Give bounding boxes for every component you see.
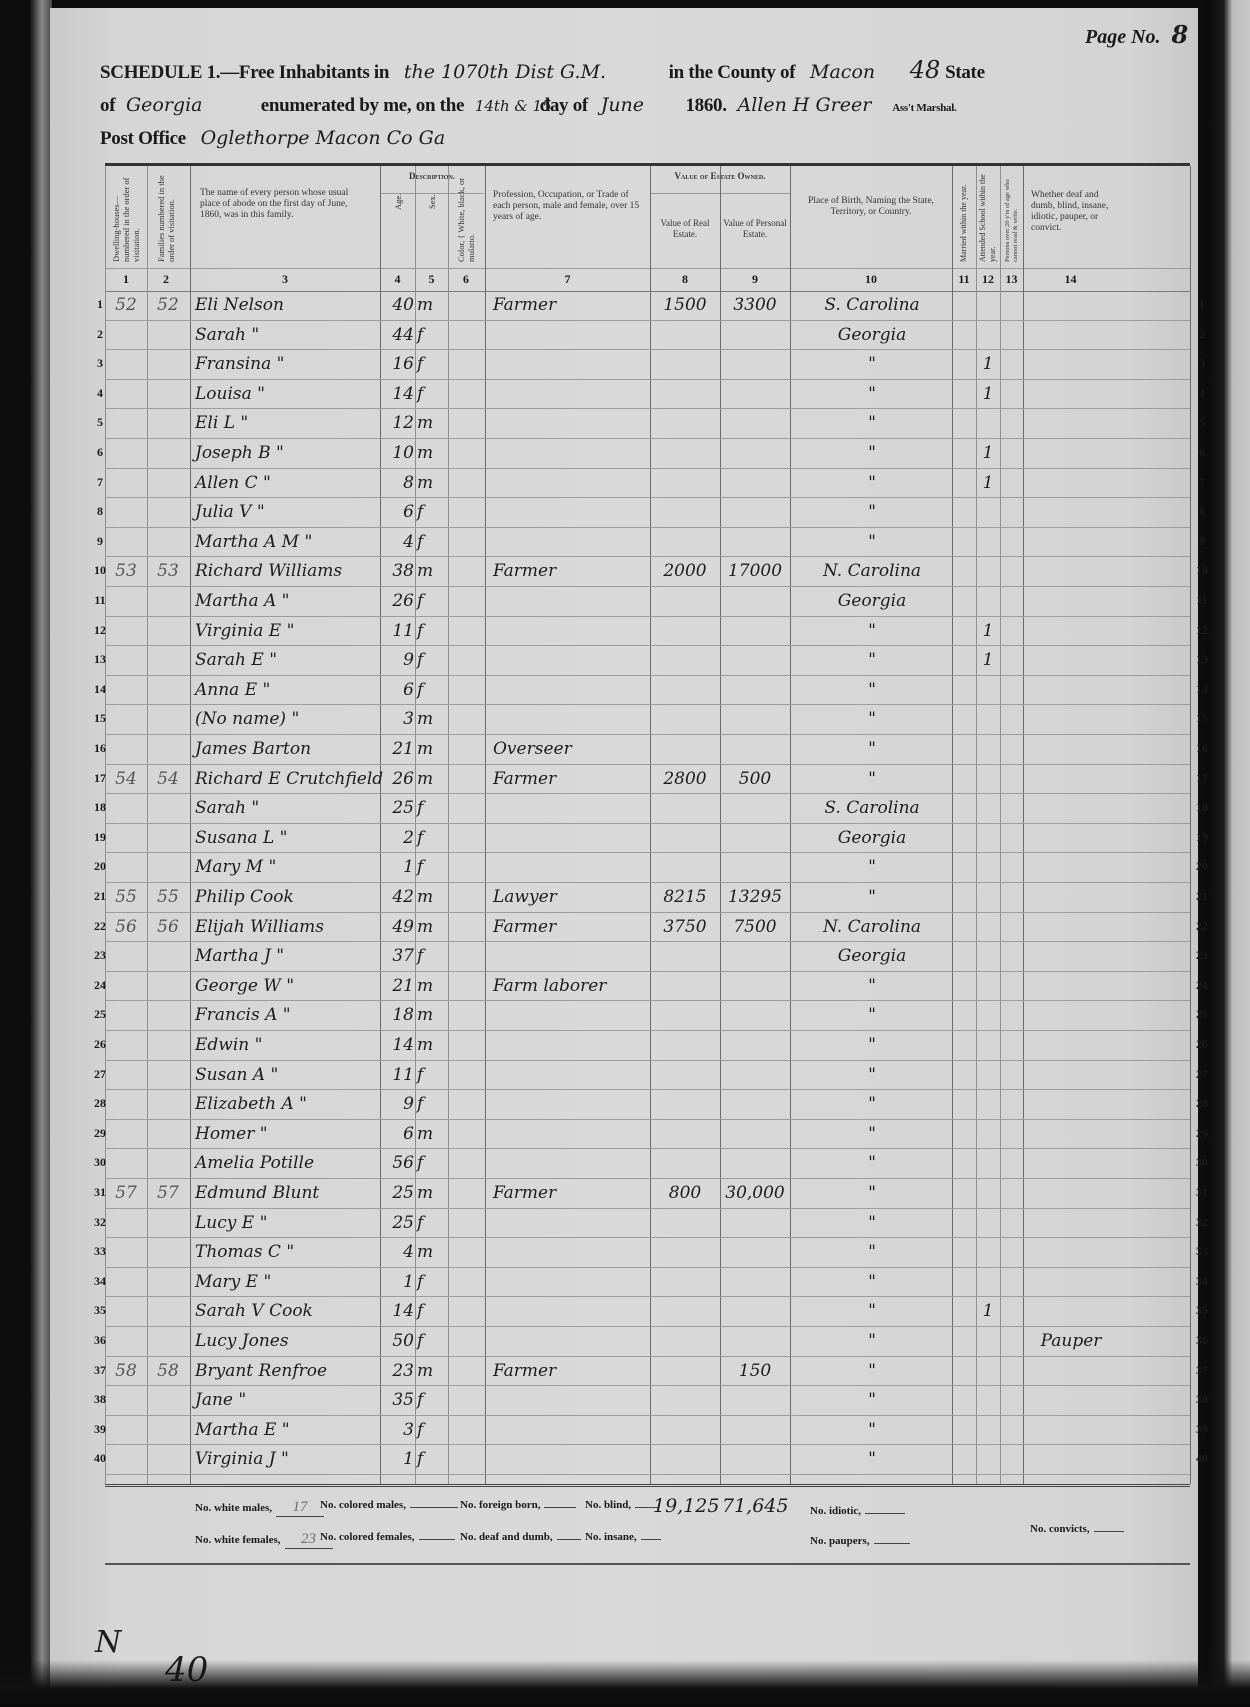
- line-number-right: 27: [1192, 1067, 1212, 1082]
- person-name: Julia V ": [195, 502, 385, 522]
- page-number: Page No. 8: [1085, 20, 1188, 49]
- col-header-14-text: Whether deaf and dumb, blind, insane, id…: [1023, 190, 1118, 234]
- sex: f: [417, 1094, 447, 1114]
- dwelling-number: 53: [107, 561, 145, 581]
- sex: m: [417, 1183, 447, 1203]
- header-line-1: SCHEDULE 1.—Free Inhabitants in the 1070…: [100, 56, 985, 84]
- idiotic-label: No. idiotic,: [810, 1505, 861, 1517]
- col-header-5: Sex.: [415, 188, 448, 268]
- col-header-11-text: Married within the year.: [959, 172, 969, 262]
- birthplace: ": [793, 354, 951, 374]
- col-header-4: Age.: [380, 188, 415, 268]
- age: 50: [382, 1331, 414, 1351]
- sex: f: [417, 384, 447, 404]
- page-number-value: 8: [1172, 20, 1189, 49]
- line-number-right: 25: [1192, 1007, 1212, 1022]
- col-num-11: 11: [952, 272, 976, 287]
- person-name: Sarah ": [195, 325, 385, 345]
- person-name: Louisa ": [195, 384, 385, 404]
- colored-females-blank: [419, 1539, 455, 1540]
- sex: f: [417, 325, 447, 345]
- age: 1: [382, 1272, 414, 1292]
- line-number-left: 21: [90, 889, 110, 904]
- white-females-label: No. white females,: [195, 1534, 281, 1546]
- table-row: Susan A "11f": [105, 1060, 1190, 1091]
- insane-label: No. insane,: [585, 1531, 637, 1543]
- sex: f: [417, 1331, 447, 1351]
- line-number-right: 7: [1192, 475, 1212, 490]
- real-estate-value: 1500: [652, 295, 718, 315]
- birthplace: ": [793, 473, 951, 493]
- person-name: Sarah E ": [195, 650, 385, 670]
- white-males-value: 17: [276, 1499, 324, 1517]
- sex: f: [417, 946, 447, 966]
- birthplace: ": [793, 443, 951, 463]
- family-number: 58: [149, 1361, 187, 1381]
- real-estate-value: 2000: [652, 561, 718, 581]
- person-name: Bryant Renfroe: [195, 1361, 385, 1381]
- line-number-left: 22: [90, 919, 110, 934]
- table-row: Martha A "26fGeorgia: [105, 586, 1190, 617]
- county-annotation: 48: [910, 56, 941, 84]
- col-num-13: 13: [1000, 272, 1023, 287]
- person-name: Edmund Blunt: [195, 1183, 385, 1203]
- line-number-right: 15: [1192, 711, 1212, 726]
- line-number-right: 9: [1192, 534, 1212, 549]
- scan-left-edge: [30, 0, 52, 1707]
- line-number-right: 13: [1192, 652, 1212, 667]
- age: 12: [382, 413, 414, 433]
- line-number-left: 9: [90, 534, 110, 549]
- sex: m: [417, 887, 447, 907]
- sex: f: [417, 1301, 447, 1321]
- birthplace: Georgia: [793, 325, 951, 345]
- scan-bottom-edge: [0, 1660, 1250, 1707]
- person-name: Elizabeth A ": [195, 1094, 385, 1114]
- col-header-6-text: Color, { White, black, or mulatto.: [456, 172, 476, 262]
- col-num-5: 5: [415, 272, 448, 287]
- birthplace: ": [793, 1183, 951, 1203]
- age: 3: [382, 709, 414, 729]
- birthplace: S. Carolina: [793, 798, 951, 818]
- dwelling-number: 56: [107, 917, 145, 937]
- sex: f: [417, 857, 447, 877]
- line-number-left: 16: [90, 741, 110, 756]
- attended-school: 1: [976, 384, 1000, 404]
- birthplace: ": [793, 1331, 951, 1351]
- county-label: in the County of: [669, 62, 796, 83]
- attended-school: 1: [976, 621, 1000, 641]
- line-number-left: 40: [90, 1451, 110, 1466]
- col-num-14: 14: [1023, 272, 1118, 287]
- table-row: 5353Richard Williams38mFarmer200017000N.…: [105, 556, 1190, 587]
- sex: m: [417, 739, 447, 759]
- sex: f: [417, 354, 447, 374]
- attended-school: 1: [976, 650, 1000, 670]
- birthplace: ": [793, 739, 951, 759]
- line-number-right: 14: [1192, 682, 1212, 697]
- line-number-left: 27: [90, 1067, 110, 1082]
- state-label: State: [945, 62, 985, 83]
- age: 1: [382, 857, 414, 877]
- line-number-left: 37: [90, 1363, 110, 1378]
- age: 56: [382, 1153, 414, 1173]
- scan-right-edge: [1206, 0, 1250, 1707]
- line-number-right: 30: [1192, 1155, 1212, 1170]
- line-number-left: 13: [90, 652, 110, 667]
- table-row: Amelia Potille56f": [105, 1148, 1190, 1179]
- dwelling-number: 58: [107, 1361, 145, 1381]
- table-row: Martha A M "4f": [105, 527, 1190, 558]
- line-number-right: 1: [1192, 297, 1212, 312]
- line-number-right: 11: [1192, 593, 1212, 608]
- birthplace: ": [793, 1301, 951, 1321]
- table-row: Fransina "16f"1: [105, 349, 1190, 380]
- line-number-right: 5: [1192, 415, 1212, 430]
- personal-estate-value: 17000: [722, 561, 788, 581]
- person-name: Francis A ": [195, 1005, 385, 1025]
- colored-males: No. colored males,: [320, 1499, 458, 1511]
- paupers-blank: [874, 1543, 910, 1544]
- real-estate-value: 8215: [652, 887, 718, 907]
- age: 11: [382, 1065, 414, 1085]
- line-number-left: 29: [90, 1126, 110, 1141]
- day-of-label: day of: [540, 95, 588, 116]
- line-number-left: 28: [90, 1096, 110, 1111]
- white-males-label: No. white males,: [195, 1502, 272, 1514]
- age: 14: [382, 1301, 414, 1321]
- person-name: Allen C ": [195, 473, 385, 493]
- age: 6: [382, 1124, 414, 1144]
- age: 9: [382, 1094, 414, 1114]
- line-number-right: 21: [1192, 889, 1212, 904]
- age: 6: [382, 502, 414, 522]
- foreign-born-blank: [544, 1507, 576, 1508]
- age: 18: [382, 1005, 414, 1025]
- line-number-right: 38: [1192, 1392, 1212, 1407]
- age: 26: [382, 769, 414, 789]
- line-number-left: 10: [90, 563, 110, 578]
- person-name: Martha E ": [195, 1420, 385, 1440]
- line-number-left: 7: [90, 475, 110, 490]
- birthplace: ": [793, 976, 951, 996]
- line-number-left: 23: [90, 948, 110, 963]
- birthplace: ": [793, 1361, 951, 1381]
- occupation: Farmer: [493, 295, 653, 315]
- line-number-right: 39: [1192, 1422, 1212, 1437]
- convicts-blank: [1094, 1531, 1124, 1532]
- col-num-9: 9: [720, 272, 790, 287]
- sex: f: [417, 1153, 447, 1173]
- person-name: Joseph B ": [195, 443, 385, 463]
- line-number-left: 30: [90, 1155, 110, 1170]
- margin-corner-mark: N: [95, 1625, 121, 1660]
- blind-label: No. blind,: [585, 1499, 631, 1511]
- sex: f: [417, 621, 447, 641]
- table-row: James Barton21mOverseer": [105, 734, 1190, 765]
- header-line-3: Post Office Oglethorpe Macon Co Ga: [100, 127, 445, 150]
- table-row: Edwin "14m": [105, 1030, 1190, 1061]
- birthplace: N. Carolina: [793, 917, 951, 937]
- idiotic-blank: [865, 1513, 905, 1514]
- line-number-left: 38: [90, 1392, 110, 1407]
- birthplace: Georgia: [793, 946, 951, 966]
- table-row: Homer "6m": [105, 1119, 1190, 1150]
- sex: f: [417, 591, 447, 611]
- age: 10: [382, 443, 414, 463]
- line-number-right: 19: [1192, 830, 1212, 845]
- convicts: No. convicts,: [1030, 1523, 1124, 1535]
- dwelling-number: 54: [107, 769, 145, 789]
- column-rule: [1190, 166, 1191, 1484]
- sex: m: [417, 1124, 447, 1144]
- total-real-estate: 19,125: [653, 1495, 719, 1517]
- family-number: 57: [149, 1183, 187, 1203]
- line-number-left: 25: [90, 1007, 110, 1022]
- table-row: 5454Richard E Crutchfield26mFarmer280050…: [105, 764, 1190, 795]
- sex: f: [417, 798, 447, 818]
- age: 49: [382, 917, 414, 937]
- line-number-left: 33: [90, 1244, 110, 1259]
- sex: f: [417, 650, 447, 670]
- birthplace: ": [793, 1449, 951, 1469]
- person-name: (No name) ": [195, 709, 385, 729]
- colored-females-label: No. colored females,: [320, 1531, 415, 1543]
- person-name: Virginia J ": [195, 1449, 385, 1469]
- deaf-dumb-blank: [557, 1539, 581, 1540]
- line-number-left: 36: [90, 1333, 110, 1348]
- sex: f: [417, 502, 447, 522]
- line-number-left: 34: [90, 1274, 110, 1289]
- sex: m: [417, 473, 447, 493]
- person-name: Philip Cook: [195, 887, 385, 907]
- idiotic: No. idiotic,: [810, 1505, 905, 1517]
- age: 14: [382, 384, 414, 404]
- personal-estate-value: 13295: [722, 887, 788, 907]
- condition: Pauper: [1025, 1331, 1117, 1351]
- foreign-born-label: No. foreign born,: [460, 1499, 540, 1511]
- attended-school: 1: [976, 354, 1000, 374]
- age: 6: [382, 680, 414, 700]
- line-number-right: 3: [1192, 356, 1212, 371]
- birthplace: ": [793, 384, 951, 404]
- birthplace: ": [793, 709, 951, 729]
- table-row: Sarah "44fGeorgia: [105, 320, 1190, 351]
- occupation: Farmer: [493, 917, 653, 937]
- birthplace: ": [793, 532, 951, 552]
- line-number-left: 3: [90, 356, 110, 371]
- age: 38: [382, 561, 414, 581]
- col-header-1-text: Dwelling-houses—numbered in the order of…: [111, 172, 141, 262]
- convicts-label: No. convicts,: [1030, 1523, 1090, 1535]
- col-header-5-text: Sex.: [427, 194, 437, 260]
- attended-school: 1: [976, 1301, 1000, 1321]
- birthplace: ": [793, 502, 951, 522]
- col-header-12-text: Attended School within the year.: [978, 172, 998, 262]
- line-number-right: 28: [1192, 1096, 1212, 1111]
- table-row: Sarah E "9f"1: [105, 645, 1190, 676]
- paupers: No. paupers,: [810, 1535, 910, 1547]
- age: 23: [382, 1361, 414, 1381]
- age: 2: [382, 828, 414, 848]
- birthplace: ": [793, 1390, 951, 1410]
- line-number-left: 5: [90, 415, 110, 430]
- table-row: Louisa "14f"1: [105, 379, 1190, 410]
- sex: f: [417, 680, 447, 700]
- birthplace: ": [793, 413, 951, 433]
- line-number-left: 15: [90, 711, 110, 726]
- col-header-2: Families numbered in the order of visita…: [147, 166, 185, 268]
- person-name: Richard Williams: [195, 561, 385, 581]
- line-number-left: 35: [90, 1303, 110, 1318]
- sex: m: [417, 917, 447, 937]
- line-number-right: 35: [1192, 1303, 1212, 1318]
- birthplace: ": [793, 1153, 951, 1173]
- birthplace: ": [793, 1065, 951, 1085]
- personal-estate-value: 150: [722, 1361, 788, 1381]
- line-number-left: 12: [90, 623, 110, 638]
- table-row: 5656Elijah Williams49mFarmer37507500N. C…: [105, 912, 1190, 943]
- birthplace: ": [793, 1242, 951, 1262]
- line-number-right: 17: [1192, 771, 1212, 786]
- occupation: Farmer: [493, 769, 653, 789]
- person-name: Thomas C ": [195, 1242, 385, 1262]
- personal-estate-value: 3300: [722, 295, 788, 315]
- attended-school: 1: [976, 473, 1000, 493]
- table-row: Susana L "2fGeorgia: [105, 823, 1190, 854]
- person-name: Mary E ": [195, 1272, 385, 1292]
- table-row: 5252Eli Nelson40mFarmer15003300S. Caroli…: [105, 290, 1190, 321]
- age: 16: [382, 354, 414, 374]
- col-num-2: 2: [147, 272, 185, 287]
- col-header-10-text: Place of Birth, Naming the State, Territ…: [790, 196, 952, 218]
- age: 42: [382, 887, 414, 907]
- post-office-label: Post Office: [100, 128, 186, 149]
- person-name: Martha A M ": [195, 532, 385, 552]
- line-number-left: 18: [90, 800, 110, 815]
- age: 25: [382, 1213, 414, 1233]
- table-row: Virginia J "1f": [105, 1444, 1190, 1475]
- foreign-born: No. foreign born,: [460, 1499, 576, 1511]
- occupation: Lawyer: [493, 887, 653, 907]
- deaf-dumb: No. deaf and dumb,: [460, 1531, 581, 1543]
- col-header-3-text: The name of every person whose usual pla…: [190, 188, 380, 221]
- birthplace: ": [793, 769, 951, 789]
- col-num-6: 6: [448, 272, 484, 287]
- district-value: the 1070th Dist G.M.: [394, 61, 664, 83]
- table-row: 5858Bryant Renfroe23mFarmer150": [105, 1356, 1190, 1387]
- birthplace: ": [793, 1272, 951, 1292]
- birthplace: S. Carolina: [793, 295, 951, 315]
- age: 14: [382, 1035, 414, 1055]
- line-number-right: 16: [1192, 741, 1212, 756]
- sex: m: [417, 413, 447, 433]
- table-row: (No name) "3m": [105, 704, 1190, 735]
- dwelling-number: 52: [107, 295, 145, 315]
- birthplace: ": [793, 857, 951, 877]
- line-number-right: 31: [1192, 1185, 1212, 1200]
- page-number-label: Page No.: [1085, 26, 1161, 48]
- colored-males-label: No. colored males,: [320, 1499, 406, 1511]
- sex: f: [417, 1449, 447, 1469]
- line-number-right: 36: [1192, 1333, 1212, 1348]
- col-num-1: 1: [105, 272, 147, 287]
- person-name: Eli L ": [195, 413, 385, 433]
- insane: No. insane,: [585, 1531, 661, 1543]
- col-num-7: 7: [485, 272, 650, 287]
- table-row: Anna E "6f": [105, 675, 1190, 706]
- person-name: Elijah Williams: [195, 917, 385, 937]
- colored-males-blank: [410, 1507, 458, 1508]
- col-header-4-text: Age.: [393, 194, 403, 260]
- family-number: 52: [149, 295, 187, 315]
- footer-summary: No. white males,17 No. white females,23 …: [105, 1484, 1190, 1565]
- person-name: Sarah ": [195, 798, 385, 818]
- table-row: Mary E "1f": [105, 1267, 1190, 1298]
- table-row: Joseph B "10m"1: [105, 438, 1190, 469]
- real-estate-value: 800: [652, 1183, 718, 1203]
- person-name: James Barton: [195, 739, 385, 759]
- line-number-left: 17: [90, 771, 110, 786]
- occupation: Farmer: [493, 1183, 653, 1203]
- real-estate-value: 2800: [652, 769, 718, 789]
- enumerated-label: enumerated by me, on the: [261, 95, 464, 116]
- paupers-label: No. paupers,: [810, 1535, 870, 1547]
- sex: m: [417, 561, 447, 581]
- line-number-right: 20: [1192, 859, 1212, 874]
- person-name: Edwin ": [195, 1035, 385, 1055]
- marshal-name: Allen H Greer: [731, 94, 887, 116]
- birthplace: ": [793, 1035, 951, 1055]
- sex: f: [417, 1420, 447, 1440]
- line-number-left: 6: [90, 445, 110, 460]
- birthplace: Georgia: [793, 828, 951, 848]
- table-row: Lucy Jones50f"Pauper: [105, 1326, 1190, 1357]
- age: 8: [382, 473, 414, 493]
- line-number-right: 29: [1192, 1126, 1212, 1141]
- sex: m: [417, 976, 447, 996]
- age: 3: [382, 1420, 414, 1440]
- sex: m: [417, 1035, 447, 1055]
- personal-estate-value: 500: [722, 769, 788, 789]
- birthplace: N. Carolina: [793, 561, 951, 581]
- age: 25: [382, 798, 414, 818]
- line-number-right: 10: [1192, 563, 1212, 578]
- column-numbers: 1 2 3 4 5 6 7 8 9 10 11 12 13 14: [105, 268, 1190, 292]
- line-number-left: 19: [90, 830, 110, 845]
- white-males: No. white males,17: [195, 1499, 324, 1517]
- family-number: 56: [149, 917, 187, 937]
- line-number-left: 31: [90, 1185, 110, 1200]
- family-number: 53: [149, 561, 187, 581]
- month-value: June: [593, 94, 681, 116]
- table-row: Allen C "8m"1: [105, 468, 1190, 499]
- person-name: Sarah V Cook: [195, 1301, 385, 1321]
- age: 1: [382, 1449, 414, 1469]
- person-name: Mary M ": [195, 857, 385, 877]
- col-num-10: 10: [790, 272, 952, 287]
- line-number-left: 32: [90, 1215, 110, 1230]
- col-num-8: 8: [650, 272, 720, 287]
- age: 44: [382, 325, 414, 345]
- table-row: 5555Philip Cook42mLawyer821513295": [105, 882, 1190, 913]
- col-header-13: Persons over 20 y'rs of age who cannot r…: [1000, 166, 1023, 268]
- person-name: Richard E Crutchfield: [195, 769, 385, 789]
- year-value: 1860.: [685, 95, 726, 116]
- birthplace: ": [793, 621, 951, 641]
- white-females: No. white females,23: [195, 1531, 333, 1549]
- occupation: Farm laborer: [493, 976, 653, 996]
